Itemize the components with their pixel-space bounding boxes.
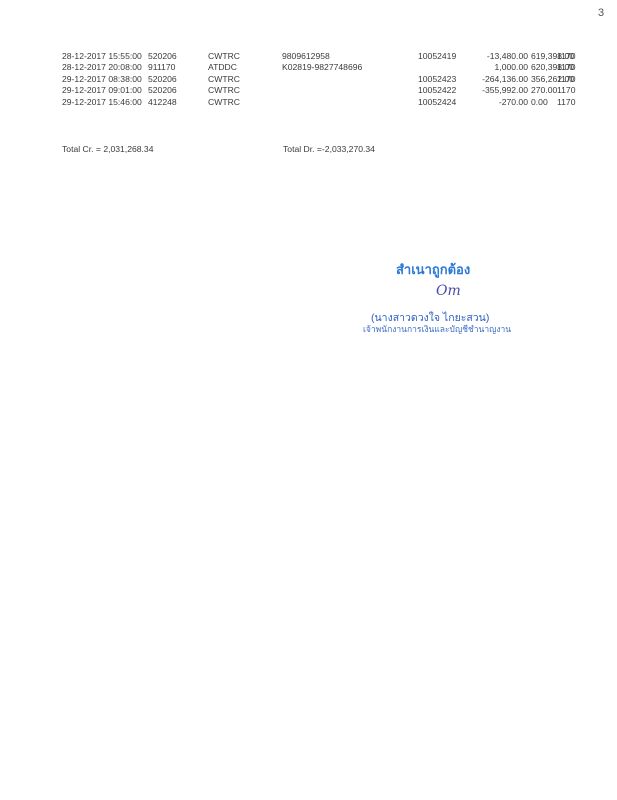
row-branch: 1170	[557, 51, 575, 62]
certified-copy-stamp: สำเนาถูกต้อง	[396, 259, 470, 280]
row-amount: 1,000.00	[62, 62, 528, 73]
total-debit: Total Dr. =-2,033,270.34	[283, 144, 375, 154]
row-balance: 270.00	[531, 85, 557, 96]
row-branch: 1170	[557, 74, 575, 85]
row-amount: -355,992.00	[62, 85, 528, 96]
row-branch: 1170	[557, 97, 575, 108]
signature: Om	[436, 283, 461, 299]
row-balance: 0.00	[531, 97, 548, 108]
page-number: 3	[598, 7, 604, 19]
signatory-position: เจ้าพนักงานการเงินและบัญชีชำนาญงาน	[363, 322, 511, 336]
row-branch: 1170	[557, 85, 575, 96]
row-amount: -13,480.00	[62, 51, 528, 62]
row-amount: -264,136.00	[62, 74, 528, 85]
row-amount: -270.00	[62, 97, 528, 108]
row-branch: 1170	[557, 62, 575, 73]
total-credit: Total Cr. = 2,031,268.34	[62, 144, 154, 154]
